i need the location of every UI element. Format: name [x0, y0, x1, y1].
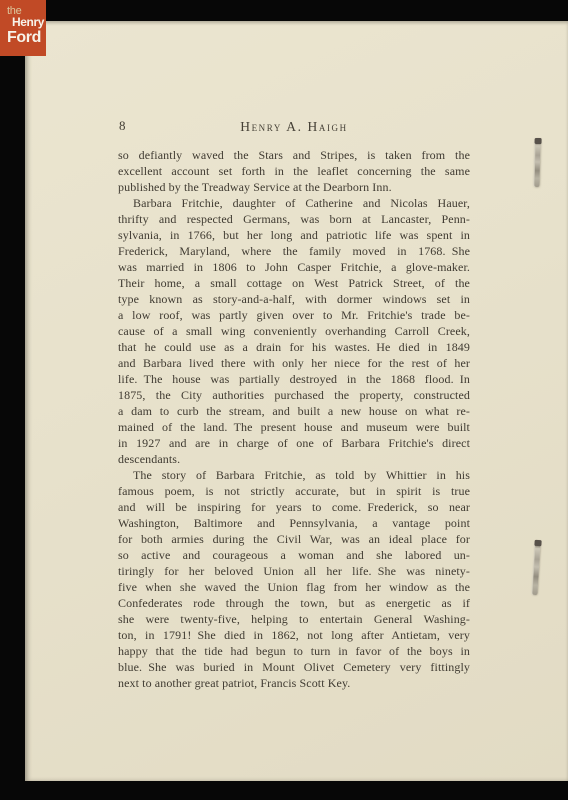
scan-background: 8 Henry A. Haigh so defiantly waved the …	[0, 0, 568, 800]
running-header: Henry A. Haigh	[240, 119, 348, 134]
book-page: 8 Henry A. Haigh so defiantly waved the …	[25, 21, 568, 781]
logo-text-ford: Ford	[7, 29, 41, 47]
paragraph-3: The story of Barbara Fritchie, as told b…	[118, 467, 470, 691]
paragraph-2: Barbara Fritchie, daughter of Catherine …	[118, 195, 470, 467]
staple-mark-top	[534, 139, 540, 187]
page-header: 8 Henry A. Haigh	[118, 118, 470, 134]
staple-mark-bottom	[532, 541, 540, 595]
henry-ford-logo: the Henry Ford	[0, 0, 46, 56]
page-text: so defiantly waved the Stars and Stripes…	[118, 147, 470, 691]
logo-text-henry: Henry	[12, 15, 44, 29]
page-number: 8	[119, 118, 126, 134]
paragraph-1: so defiantly waved the Stars and Stripes…	[118, 147, 470, 195]
